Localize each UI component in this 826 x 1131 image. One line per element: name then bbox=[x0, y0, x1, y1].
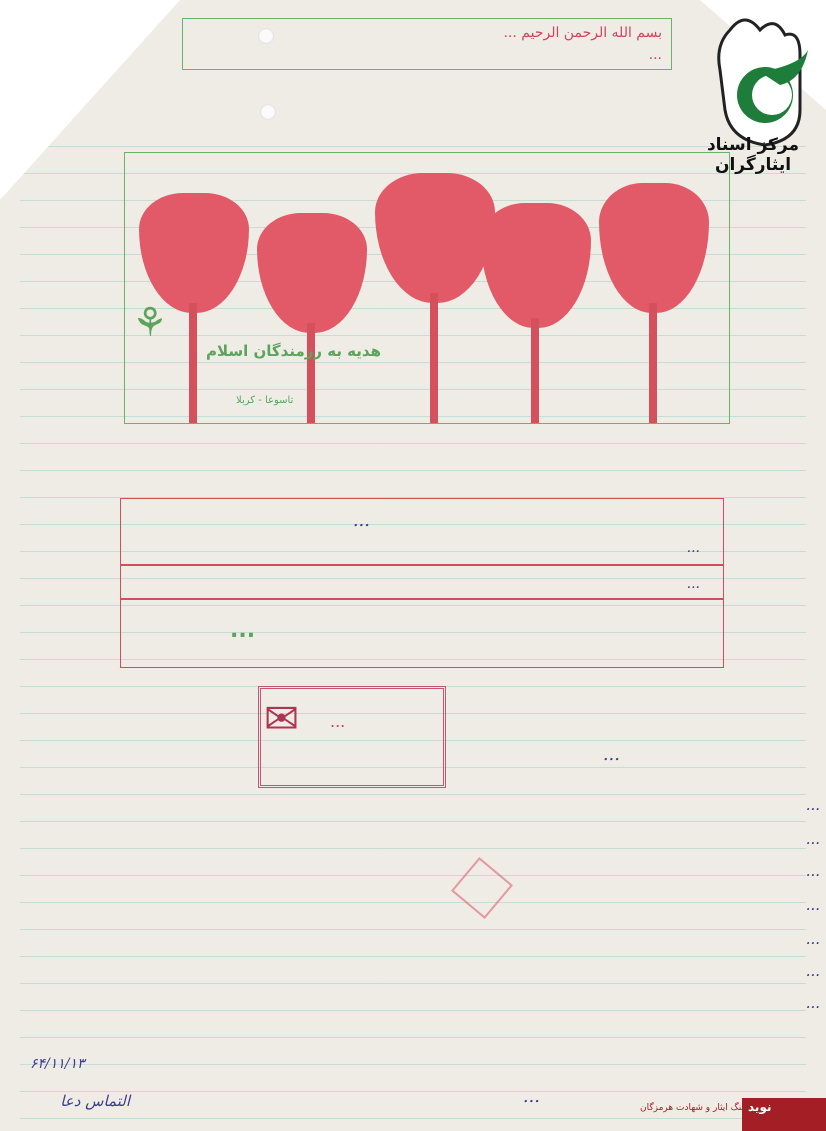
address-printed-green: ... bbox=[230, 618, 255, 643]
tulip-icon bbox=[599, 183, 709, 423]
address-line-2: ... bbox=[140, 576, 700, 592]
signature: ... bbox=[240, 1086, 540, 1107]
address-line-1: ... bbox=[140, 540, 700, 556]
letter-closing: التماس دعا bbox=[20, 1092, 130, 1110]
emblem-icon: ⚘ bbox=[132, 300, 172, 400]
gift-sub-caption: تاسوعا - کربلا bbox=[236, 395, 293, 406]
body-line: ... bbox=[30, 930, 820, 948]
header-line-2: ... bbox=[192, 44, 662, 66]
body-line: ... bbox=[30, 796, 820, 814]
body-line: ... bbox=[30, 896, 820, 914]
footer-brand: نوید bbox=[748, 1100, 771, 1114]
tulip-icon bbox=[257, 213, 367, 423]
stamp-text: ... bbox=[330, 712, 345, 731]
address-rule bbox=[120, 564, 724, 566]
stamp-emblem-icon: ✉ bbox=[264, 694, 299, 743]
body-line: ... bbox=[30, 862, 820, 880]
punch-hole bbox=[260, 104, 276, 120]
letter-date: ۶۴/۱۱/۱۳ bbox=[30, 1056, 120, 1072]
tulip-icon bbox=[481, 203, 591, 423]
address-rule bbox=[120, 598, 724, 600]
body-line: ... bbox=[30, 994, 820, 1012]
body-line: ... bbox=[30, 962, 820, 980]
tulip-icon bbox=[375, 173, 495, 423]
address-heading: ... bbox=[150, 510, 370, 531]
body-line: ... bbox=[30, 830, 820, 848]
body-opening: ... bbox=[520, 744, 620, 765]
logo-caption: مرکز اسناد ایثارگران bbox=[680, 135, 826, 175]
gift-caption: هدیه به رزمندگان اسلام bbox=[206, 342, 381, 360]
tulip-illustration-frame bbox=[124, 152, 730, 424]
punch-hole bbox=[258, 28, 274, 44]
